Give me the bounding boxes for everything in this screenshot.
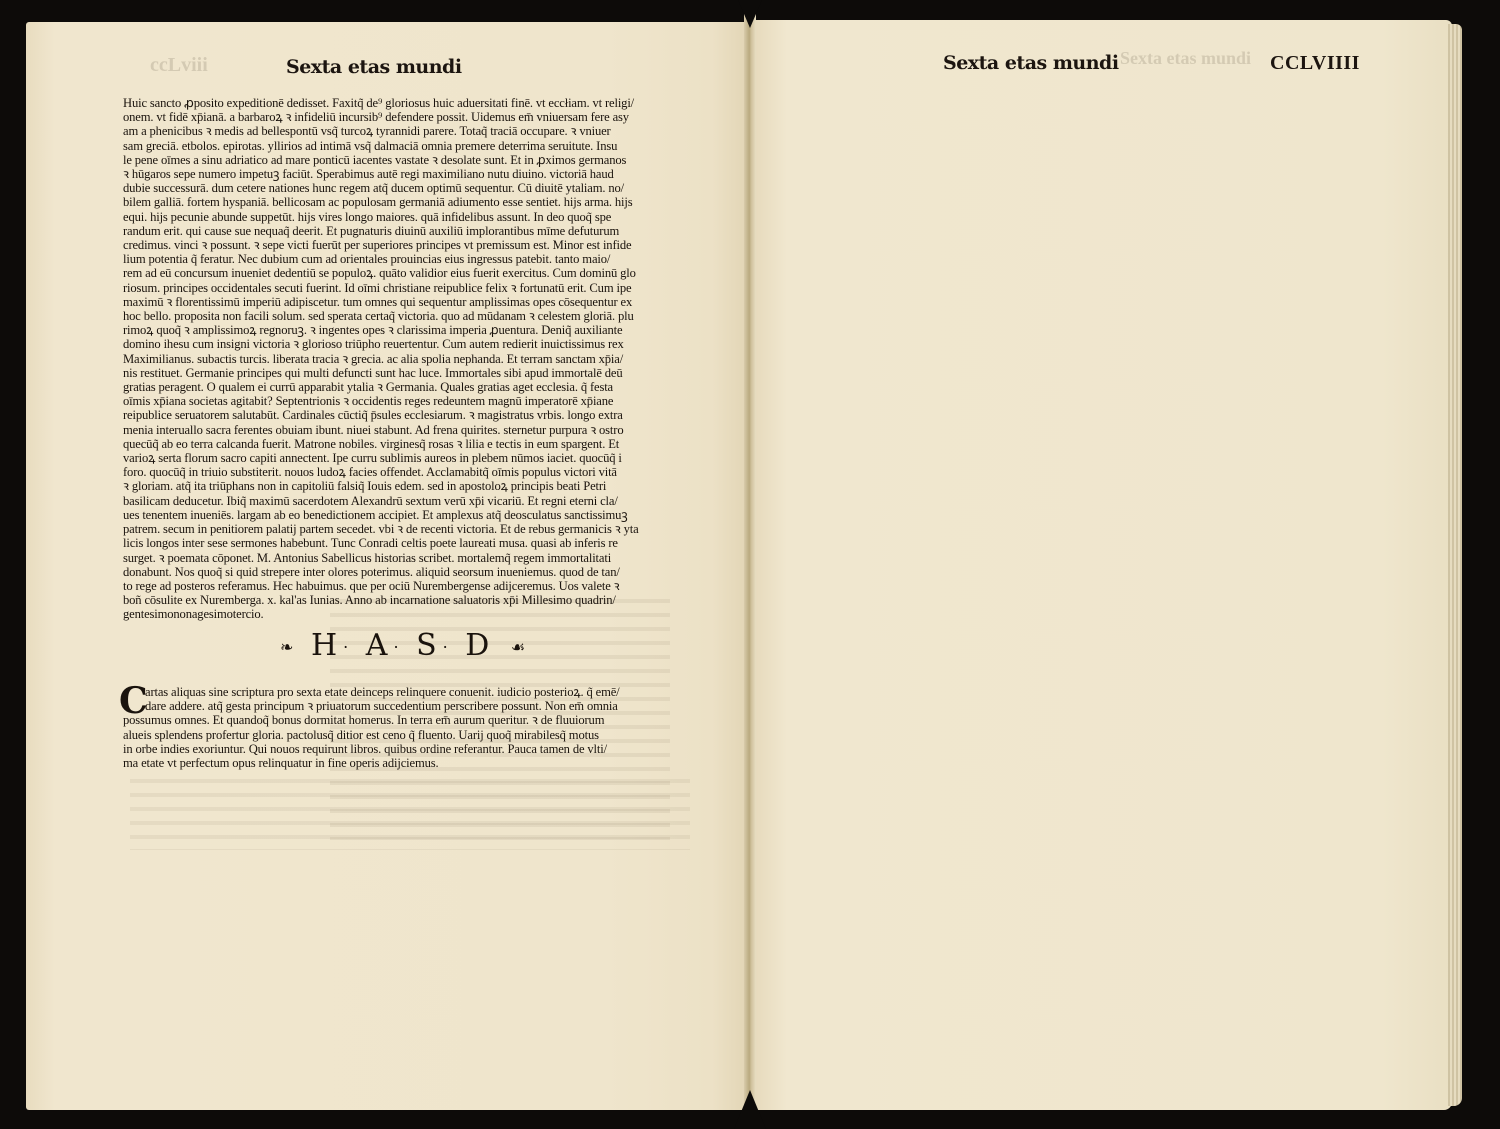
text-line: rem ad eū concursum inueniet dedentiū se… [123, 266, 679, 280]
text-line: dare addere. atq̃ gesta principum ꝛ priu… [123, 699, 679, 713]
text-line: ꝛ hūgaros sepe numero impetuꝫ faciūt. Sp… [123, 167, 679, 181]
monogram-letter: A [366, 628, 394, 663]
text-line: lium potentia q̃ feratur. Nec dubium cum… [123, 252, 679, 266]
bleed-through-folio: ccLviii [150, 54, 208, 77]
text-line: rimoꝝ quoq̃ ꝛ amplissimoꝝ regnoruꝫ. ꝛ in… [123, 323, 679, 337]
bleed-through-text-lower [130, 770, 690, 850]
separator-icon: · [343, 638, 350, 657]
separator-icon: · [393, 638, 400, 657]
text-line: randum erit. qui cause sue nequaq̃ deeri… [123, 224, 679, 238]
monogram-letter: S [416, 628, 443, 663]
text-line: am a phenicibus ꝛ medis ad bellespontū v… [123, 124, 679, 138]
book-gutter [744, 10, 756, 1120]
text-line: dubie successurā. dum cetere nationes hu… [123, 181, 679, 195]
text-line: nis restituet. Germanie principes qui mu… [123, 366, 679, 380]
page-edges [1448, 24, 1462, 1106]
text-line: gentesimononagesimotercio. [123, 607, 679, 621]
text-line: boñ cōsulite ex Nuremberga. x. kal'as Iu… [123, 593, 679, 607]
monogram-letter: D [465, 628, 495, 663]
main-text-block: Huic sancto ꝓposito expeditionē dedisset… [123, 96, 679, 622]
right-page [752, 20, 1452, 1110]
text-line: possumus omnes. Et quandoq̃ bonus dormit… [123, 713, 679, 727]
text-line: in orbe indies exoriuntur. Qui nouos req… [123, 742, 679, 756]
text-line: ues tenentem inueniēs. largam ab eo bene… [123, 508, 679, 522]
text-line: basilicam deducetur. Ibiq̃ maximū sacerd… [123, 494, 679, 508]
text-line: bilem galliā. fortem hyspaniā. bellicosa… [123, 195, 679, 209]
text-line: domino ihesu cum insigni victoria ꝛ glor… [123, 337, 679, 351]
text-line: alueis splendens profertur gloria. pacto… [123, 728, 679, 742]
text-line: reipublice seruatorem salutabūt. Cardina… [123, 408, 679, 422]
text-line: Maximilianus. subactis turcis. liberata … [123, 352, 679, 366]
text-line: patrem. secum in penitiorem palatij part… [123, 522, 679, 536]
running-head-right: Sexta etas mundi [943, 52, 1119, 74]
text-line: varioꝝ serta florum sacro capiti annecte… [123, 451, 679, 465]
separator-icon: · [443, 638, 450, 657]
text-line: oīmis xp̄iana societas agitabit? Septent… [123, 394, 679, 408]
text-line: donabunt. Nos quoq̃ si quid strepere int… [123, 565, 679, 579]
text-line: maximū ꝛ florentissimū imperiū adipiscet… [123, 295, 679, 309]
text-line: artas aliquas sine scriptura pro sexta e… [123, 685, 679, 699]
text-line: ma etate vt perfectum opus relinquatur i… [123, 756, 679, 770]
text-line: quecūq̃ ab eo terra calcanda fuerit. Mat… [123, 437, 679, 451]
colophon-monogram: ❧ H· A· S· D ☙ [280, 628, 527, 663]
text-line: surget. ꝛ poemata cōponet. M. Antonius S… [123, 551, 679, 565]
bleed-through-head: Sexta etas mundi [1120, 48, 1251, 69]
fleuron-right-icon: ☙ [511, 638, 527, 657]
text-line: onem. vt fidē xp̄ianā. a barbaroꝝ ꝛ infi… [123, 110, 679, 124]
monogram-letter: H [311, 628, 343, 663]
text-line: licis longos inter sese sermones habebun… [123, 536, 679, 550]
running-head-left: Sexta etas mundi [286, 56, 462, 78]
text-line: to rege ad posteros referamus. Hec habui… [123, 579, 679, 593]
fleuron-left-icon: ❧ [280, 638, 295, 657]
text-line: sam greciā. etbolos. epirotas. yllirios … [123, 139, 679, 153]
text-line: le pene oīmes a sinu adriatico ad mare p… [123, 153, 679, 167]
text-line: riosum. principes occidentales secuti fu… [123, 281, 679, 295]
text-line: credimus. vinci ꝛ possunt. ꝛ sepe victi … [123, 238, 679, 252]
text-line: equi. hijs pecunie abunde suppetūt. hijs… [123, 210, 679, 224]
text-line: hoc bello. proposita non facili solum. s… [123, 309, 679, 323]
text-line: Huic sancto ꝓposito expeditionē dedisset… [123, 96, 679, 110]
closing-paragraph: C artas aliquas sine scriptura pro sexta… [123, 685, 679, 770]
text-line: foro. quocūq̃ in triuio substiterit. nou… [123, 465, 679, 479]
drop-cap-initial: C [119, 685, 148, 717]
text-line: menia interuallo sacra ferentes obuiam i… [123, 423, 679, 437]
folio-number: CCLVIIII [1270, 52, 1360, 75]
text-line: gratias peragent. O qualem ei currū appa… [123, 380, 679, 394]
text-line: ꝛ gloriam. atq̃ ita triūphans non in cap… [123, 479, 679, 493]
